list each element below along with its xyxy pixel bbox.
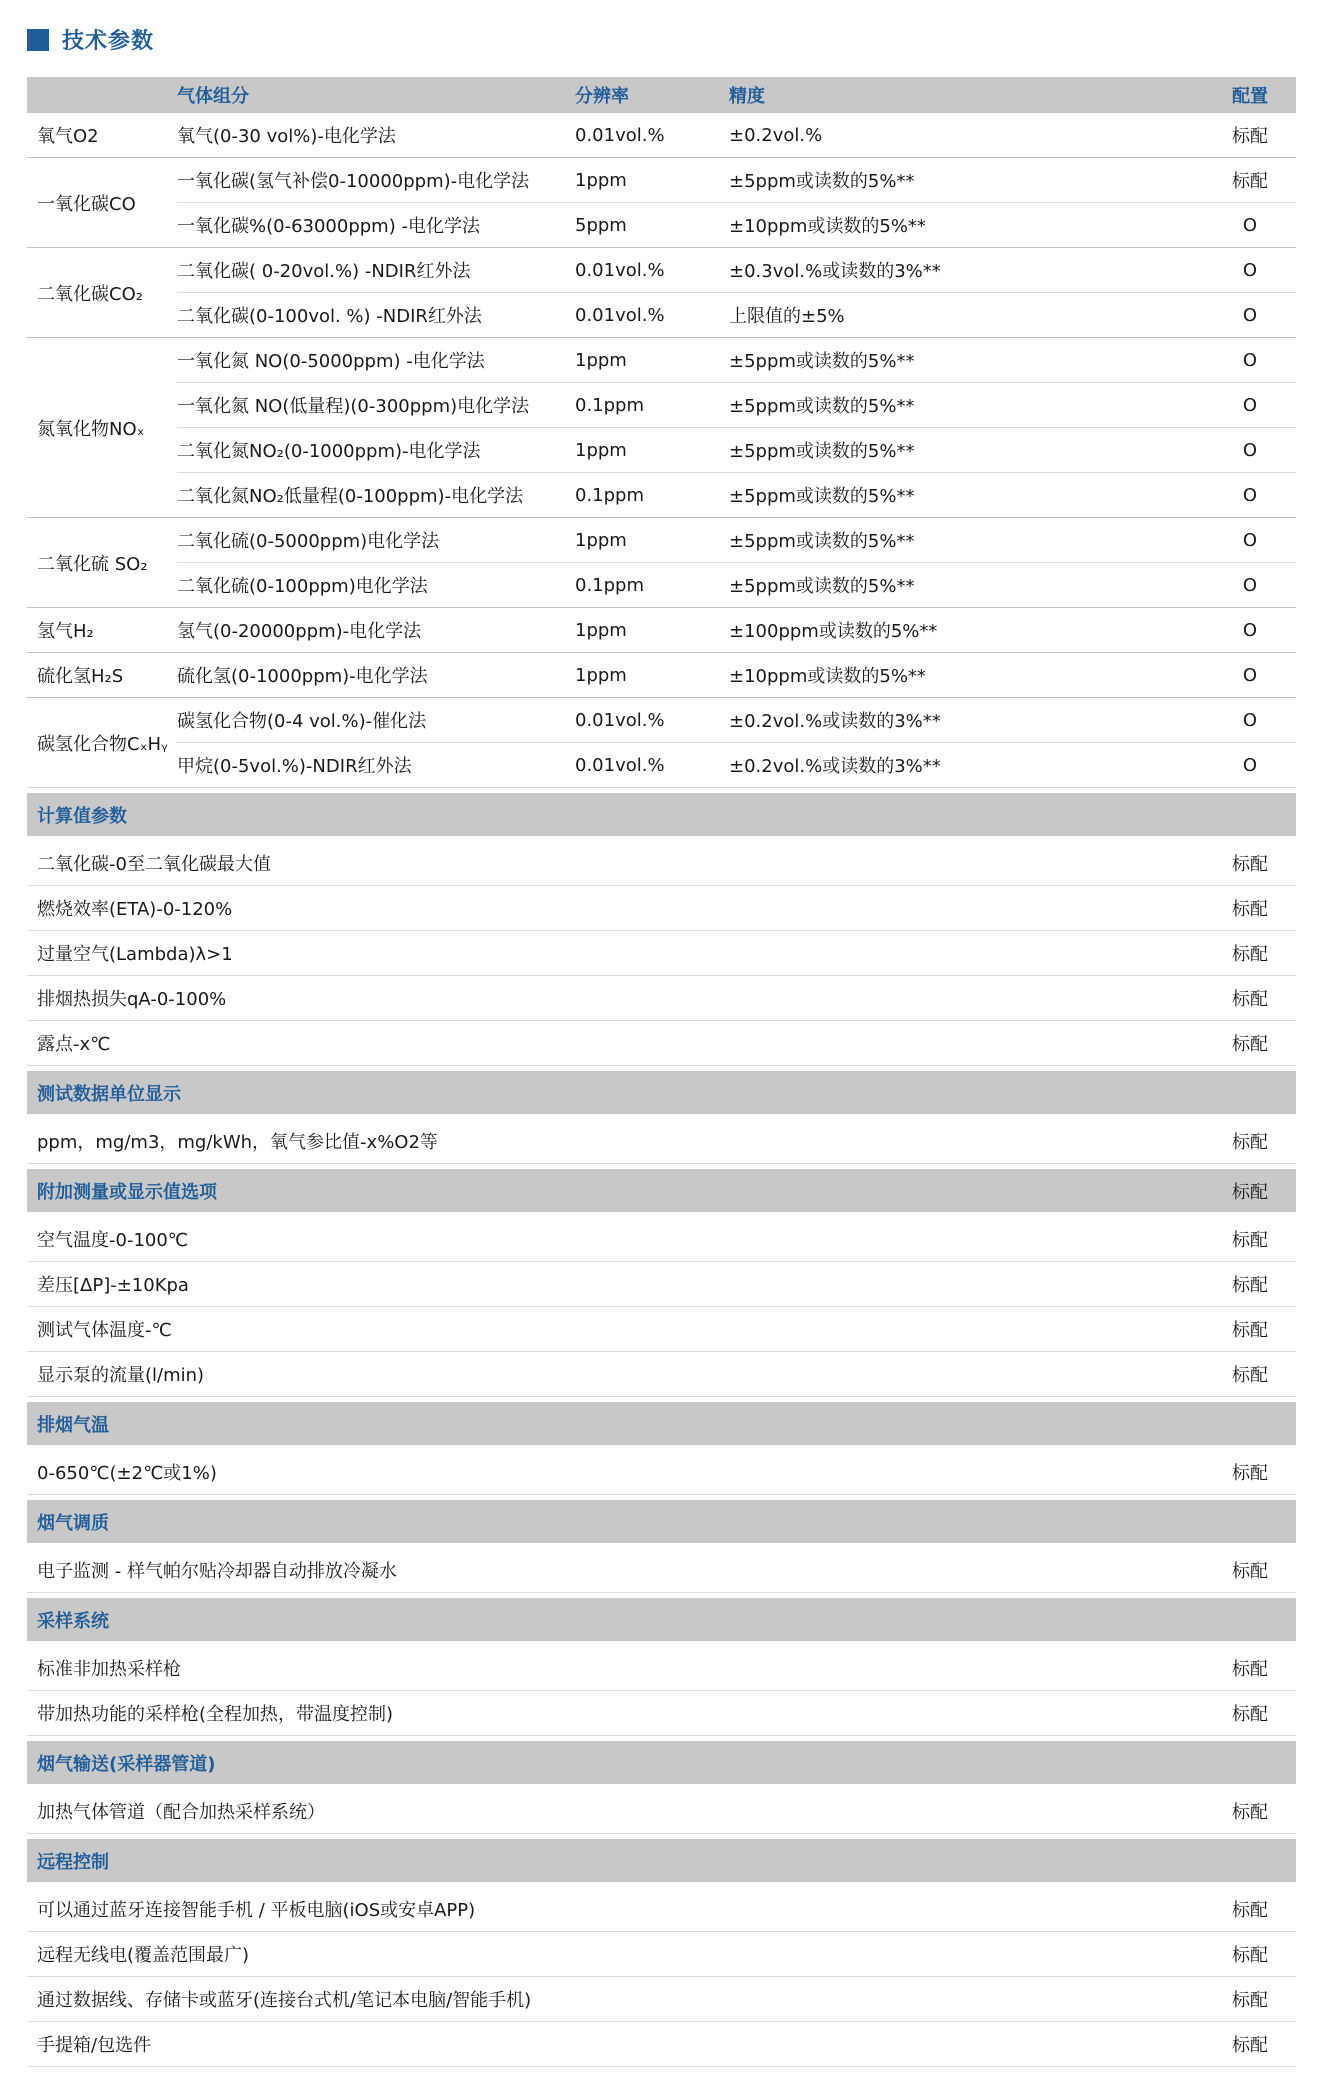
gas-group: 氧气O2氧气(0-30 vol%)-电化学法0.01vol.%±0.2vol.%… <box>27 113 1296 157</box>
gas-rows: 一氧化氮 NO(0-5000ppm) -电化学法1ppm±5ppm或读数的5%*… <box>177 338 1296 517</box>
table-row: 一氧化碳(氢气补偿0-10000ppm)-电化学法1ppm±5ppm或读数的5%… <box>177 158 1296 202</box>
gas-resolution-cell: 0.01vol.% <box>575 710 725 731</box>
row-label: 显示泵的流量(l/min) <box>27 1361 1204 1387</box>
row-label: 手提箱/包选件 <box>27 2031 1204 2057</box>
table-row: 二氧化碳( 0-20vol.%) -NDIR红外法0.01vol.%±0.3vo… <box>177 248 1296 292</box>
row-config: 标配 <box>1204 1271 1296 1297</box>
gas-group: 氮氧化物NOₓ一氧化氮 NO(0-5000ppm) -电化学法1ppm±5ppm… <box>27 337 1296 517</box>
table-row: 二氧化硫(0-5000ppm)电化学法1ppm±5ppm或读数的5%**O <box>177 518 1296 562</box>
gas-config-cell: O <box>1204 665 1296 686</box>
gas-config-cell: O <box>1204 620 1296 641</box>
gas-description-cell: 碳氢化合物(0-4 vol.%)-催化法 <box>177 707 575 733</box>
gas-config-cell: O <box>1204 710 1296 731</box>
gas-accuracy-cell: ±5ppm或读数的5%** <box>725 437 1204 463</box>
row-label: 空气温度-0-100℃ <box>27 1226 1204 1252</box>
row-config: 标配 <box>1204 1896 1296 1922</box>
list-item: 可以通过蓝牙连接智能手机 / 平板电脑(iOS或安卓APP)标配 <box>27 1887 1296 1932</box>
gas-config-cell: 标配 <box>1204 167 1296 193</box>
list-item: 带加热功能的采样枪(全程加热，带温度控制)标配 <box>27 1691 1296 1736</box>
gas-description-cell: 二氧化碳( 0-20vol.%) -NDIR红外法 <box>177 257 575 283</box>
row-config: 标配 <box>1204 1941 1296 1967</box>
row-label: 加热气体管道（配合加热采样系统） <box>27 1798 1204 1824</box>
gas-accuracy-cell: ±0.2vol.%或读数的3%** <box>725 707 1204 733</box>
gas-name: 碳氢化合物CₓHᵧ <box>27 698 177 787</box>
gas-accuracy-cell: ±10ppm或读数的5%** <box>725 212 1204 238</box>
table-row: 氢气(0-20000ppm)-电化学法1ppm±100ppm或读数的5%**O <box>177 608 1296 652</box>
gas-config-cell: O <box>1204 215 1296 236</box>
table-row: 二氧化氮NO₂(0-1000ppm)-电化学法1ppm±5ppm或读数的5%**… <box>177 427 1296 472</box>
gas-config-cell: O <box>1204 485 1296 506</box>
gas-name: 二氧化硫 SO₂ <box>27 518 177 607</box>
gas-group: 一氧化碳CO一氧化碳(氢气补偿0-10000ppm)-电化学法1ppm±5ppm… <box>27 157 1296 247</box>
gas-resolution-cell: 0.01vol.% <box>575 125 725 146</box>
row-config: 标配 <box>1204 850 1296 876</box>
row-label: 通过数据线、存储卡或蓝牙(连接台式机/笔记本电脑/智能手机) <box>27 1986 1204 2012</box>
table-row: 甲烷(0-5vol.%)-NDIR红外法0.01vol.%±0.2vol.%或读… <box>177 742 1296 787</box>
section-band: 排烟气温 <box>27 1402 1296 1445</box>
gas-name: 氢气H₂ <box>27 608 177 652</box>
gas-config-cell: O <box>1204 440 1296 461</box>
gas-config-cell: O <box>1204 530 1296 551</box>
gas-rows: 氢气(0-20000ppm)-电化学法1ppm±100ppm或读数的5%**O <box>177 608 1296 652</box>
gas-resolution-cell: 5ppm <box>575 215 725 236</box>
section-title: 远程控制 <box>27 1848 1296 1874</box>
list-item: 燃烧效率(ETA)-0-120%标配 <box>27 886 1296 931</box>
gas-description-cell: 二氧化硫(0-100ppm)电化学法 <box>177 572 575 598</box>
row-config: 标配 <box>1204 1226 1296 1252</box>
section-band: 采样系统 <box>27 1598 1296 1641</box>
list-item: 远程无线电(覆盖范围最广)标配 <box>27 1932 1296 1977</box>
gas-resolution-cell: 0.01vol.% <box>575 305 725 326</box>
row-label: ppm，mg/m3，mg/kWh，氧气参比值-x%O2等 <box>27 1128 1204 1154</box>
gas-description-cell: 二氧化氮NO₂低量程(0-100ppm)-电化学法 <box>177 482 575 508</box>
table-row: 氧气(0-30 vol%)-电化学法0.01vol.%±0.2vol.%标配 <box>177 113 1296 157</box>
list-item: 电子监测 - 样气帕尔贴冷却器自动排放冷凝水标配 <box>27 1548 1296 1593</box>
row-config: 标配 <box>1204 1700 1296 1726</box>
page-title: 技术参数 <box>62 24 154 55</box>
row-config: 标配 <box>1204 1655 1296 1681</box>
list-item: ppm，mg/m3，mg/kWh，氧气参比值-x%O2等标配 <box>27 1119 1296 1164</box>
gas-resolution-cell: 1ppm <box>575 665 725 686</box>
list-item: 测试气体温度-℃标配 <box>27 1307 1296 1352</box>
row-label: 燃烧效率(ETA)-0-120% <box>27 895 1204 921</box>
column-header-resolution: 分辨率 <box>575 82 725 108</box>
row-label: 排烟热损失qA-0-100% <box>27 985 1204 1011</box>
gas-resolution-cell: 1ppm <box>575 170 725 191</box>
gas-accuracy-cell: 上限值的±5% <box>725 302 1204 328</box>
gas-group: 碳氢化合物CₓHᵧ碳氢化合物(0-4 vol.%)-催化法0.01vol.%±0… <box>27 697 1296 787</box>
table-row: 二氧化碳(0-100vol. %) -NDIR红外法0.01vol.%上限值的±… <box>177 292 1296 337</box>
row-label: 0-650℃(±2℃或1%) <box>27 1459 1204 1485</box>
gas-accuracy-cell: ±5ppm或读数的5%** <box>725 167 1204 193</box>
gas-accuracy-cell: ±0.2vol.%或读数的3%** <box>725 752 1204 778</box>
gas-description-cell: 甲烷(0-5vol.%)-NDIR红外法 <box>177 752 575 778</box>
gas-resolution-cell: 1ppm <box>575 530 725 551</box>
gas-accuracy-cell: ±5ppm或读数的5%** <box>725 572 1204 598</box>
gas-resolution-cell: 0.1ppm <box>575 485 725 506</box>
gas-description-cell: 二氧化碳(0-100vol. %) -NDIR红外法 <box>177 302 575 328</box>
section-band: 烟气调质 <box>27 1500 1296 1543</box>
gas-resolution-cell: 0.1ppm <box>575 395 725 416</box>
gas-description-cell: 二氧化氮NO₂(0-1000ppm)-电化学法 <box>177 437 575 463</box>
row-config: 标配 <box>1204 1030 1296 1056</box>
row-config: 标配 <box>1204 940 1296 966</box>
gas-accuracy-cell: ±0.2vol.% <box>725 125 1204 146</box>
row-label: 电子监测 - 样气帕尔贴冷却器自动排放冷凝水 <box>27 1557 1204 1583</box>
row-config: 标配 <box>1204 2031 1296 2057</box>
row-config: 标配 <box>1204 1798 1296 1824</box>
section-title: 烟气输送(采样器管道) <box>27 1750 1296 1776</box>
gas-table-header: 气体组分 分辨率 精度 配置 <box>27 77 1296 113</box>
gas-rows: 氧气(0-30 vol%)-电化学法0.01vol.%±0.2vol.%标配 <box>177 113 1296 157</box>
gas-accuracy-cell: ±5ppm或读数的5%** <box>725 527 1204 553</box>
row-config: 标配 <box>1204 1361 1296 1387</box>
gas-resolution-cell: 0.1ppm <box>575 575 725 596</box>
gas-resolution-cell: 0.01vol.% <box>575 755 725 776</box>
table-row: 一氧化氮 NO(0-5000ppm) -电化学法1ppm±5ppm或读数的5%*… <box>177 338 1296 382</box>
gas-group: 二氧化碳CO₂二氧化碳( 0-20vol.%) -NDIR红外法0.01vol.… <box>27 247 1296 337</box>
section-title: 附加测量或显示值选项 <box>27 1178 1204 1204</box>
gas-description-cell: 一氧化碳%(0-63000ppm) -电化学法 <box>177 212 575 238</box>
section-band: 计算值参数 <box>27 793 1296 836</box>
section-title: 排烟气温 <box>27 1411 1296 1437</box>
row-config: 标配 <box>1204 1986 1296 2012</box>
row-label: 二氧化碳-0至二氧化碳最大值 <box>27 850 1204 876</box>
gas-accuracy-cell: ±10ppm或读数的5%** <box>725 662 1204 688</box>
gas-description-cell: 硫化氢(0-1000ppm)-电化学法 <box>177 662 575 688</box>
gas-accuracy-cell: ±5ppm或读数的5%** <box>725 392 1204 418</box>
gas-rows: 硫化氢(0-1000ppm)-电化学法1ppm±10ppm或读数的5%**O <box>177 653 1296 697</box>
gas-rows: 一氧化碳(氢气补偿0-10000ppm)-电化学法1ppm±5ppm或读数的5%… <box>177 158 1296 247</box>
list-item: 空气温度-0-100℃标配 <box>27 1217 1296 1262</box>
gas-resolution-cell: 0.01vol.% <box>575 260 725 281</box>
gas-rows: 碳氢化合物(0-4 vol.%)-催化法0.01vol.%±0.2vol.%或读… <box>177 698 1296 787</box>
row-config: 标配 <box>1204 1128 1296 1154</box>
list-item: 排烟热损失qA-0-100%标配 <box>27 976 1296 1021</box>
list-item: 手提箱/包选件标配 <box>27 2022 1296 2067</box>
gas-accuracy-cell: ±100ppm或读数的5%** <box>725 617 1204 643</box>
section-band: 附加测量或显示值选项标配 <box>27 1169 1296 1212</box>
gas-config-cell: O <box>1204 350 1296 371</box>
section-config: 标配 <box>1204 1178 1296 1204</box>
table-row: 碳氢化合物(0-4 vol.%)-催化法0.01vol.%±0.2vol.%或读… <box>177 698 1296 742</box>
gas-resolution-cell: 1ppm <box>575 440 725 461</box>
title-square-icon <box>27 29 49 51</box>
spec-sheet-page: 技术参数 气体组分 分辨率 精度 配置 氧气O2氧气(0-30 vol%)-电化… <box>0 0 1323 2091</box>
gas-name: 氧气O2 <box>27 113 177 157</box>
list-item: 显示泵的流量(l/min)标配 <box>27 1352 1296 1397</box>
row-label: 带加热功能的采样枪(全程加热，带温度控制) <box>27 1700 1204 1726</box>
gas-resolution-cell: 1ppm <box>575 620 725 641</box>
gas-group: 硫化氢H₂S硫化氢(0-1000ppm)-电化学法1ppm±10ppm或读数的5… <box>27 652 1296 697</box>
section-title: 计算值参数 <box>27 802 1296 828</box>
table-row: 一氧化碳%(0-63000ppm) -电化学法5ppm±10ppm或读数的5%*… <box>177 202 1296 247</box>
section-band: 远程控制 <box>27 1839 1296 1882</box>
row-label: 过量空气(Lambda)λ>1 <box>27 940 1204 966</box>
gas-config-cell: 标配 <box>1204 122 1296 148</box>
row-label: 露点-x℃ <box>27 1030 1204 1056</box>
column-header-accuracy: 精度 <box>725 82 1204 108</box>
row-label: 测试气体温度-℃ <box>27 1316 1204 1342</box>
row-label: 差压[ΔP]-±10Kpa <box>27 1271 1204 1297</box>
page-title-row: 技术参数 <box>27 24 1296 55</box>
list-item: 差压[ΔP]-±10Kpa标配 <box>27 1262 1296 1307</box>
list-item: 加热气体管道（配合加热采样系统）标配 <box>27 1789 1296 1834</box>
table-row: 二氧化氮NO₂低量程(0-100ppm)-电化学法0.1ppm±5ppm或读数的… <box>177 472 1296 517</box>
list-item: 0-650℃(±2℃或1%)标配 <box>27 1450 1296 1495</box>
gas-name: 一氧化碳CO <box>27 158 177 247</box>
gas-accuracy-cell: ±0.3vol.%或读数的3%** <box>725 257 1204 283</box>
row-label: 可以通过蓝牙连接智能手机 / 平板电脑(iOS或安卓APP) <box>27 1896 1204 1922</box>
row-config: 标配 <box>1204 1557 1296 1583</box>
gas-config-cell: O <box>1204 305 1296 326</box>
gas-config-cell: O <box>1204 260 1296 281</box>
column-header-config: 配置 <box>1204 82 1296 108</box>
gas-rows: 二氧化碳( 0-20vol.%) -NDIR红外法0.01vol.%±0.3vo… <box>177 248 1296 337</box>
section-title: 采样系统 <box>27 1607 1296 1633</box>
gas-groups: 氧气O2氧气(0-30 vol%)-电化学法0.01vol.%±0.2vol.%… <box>27 113 1296 788</box>
gas-config-cell: O <box>1204 575 1296 596</box>
table-row: 硫化氢(0-1000ppm)-电化学法1ppm±10ppm或读数的5%**O <box>177 653 1296 697</box>
gas-name: 二氧化碳CO₂ <box>27 248 177 337</box>
list-item: 过量空气(Lambda)λ>1标配 <box>27 931 1296 976</box>
gas-description-cell: 一氧化碳(氢气补偿0-10000ppm)-电化学法 <box>177 167 575 193</box>
list-item: 二氧化碳-0至二氧化碳最大值标配 <box>27 841 1296 886</box>
list-item: 露点-x℃标配 <box>27 1021 1296 1066</box>
row-config: 标配 <box>1204 895 1296 921</box>
sections: 计算值参数二氧化碳-0至二氧化碳最大值标配燃烧效率(ETA)-0-120%标配过… <box>27 793 1296 2067</box>
row-label: 标准非加热采样枪 <box>27 1655 1204 1681</box>
gas-description-cell: 氢气(0-20000ppm)-电化学法 <box>177 617 575 643</box>
gas-description-cell: 二氧化硫(0-5000ppm)电化学法 <box>177 527 575 553</box>
gas-name: 氮氧化物NOₓ <box>27 338 177 517</box>
gas-config-cell: O <box>1204 755 1296 776</box>
section-title: 烟气调质 <box>27 1509 1296 1535</box>
row-config: 标配 <box>1204 1459 1296 1485</box>
row-config: 标配 <box>1204 1316 1296 1342</box>
table-row: 二氧化硫(0-100ppm)电化学法0.1ppm±5ppm或读数的5%**O <box>177 562 1296 607</box>
gas-description-cell: 氧气(0-30 vol%)-电化学法 <box>177 122 575 148</box>
gas-accuracy-cell: ±5ppm或读数的5%** <box>725 482 1204 508</box>
row-config: 标配 <box>1204 985 1296 1011</box>
gas-group: 氢气H₂氢气(0-20000ppm)-电化学法1ppm±100ppm或读数的5%… <box>27 607 1296 652</box>
table-row: 一氧化氮 NO(低量程)(0-300ppm)电化学法0.1ppm±5ppm或读数… <box>177 382 1296 427</box>
gas-config-cell: O <box>1204 395 1296 416</box>
gas-description-cell: 一氧化氮 NO(低量程)(0-300ppm)电化学法 <box>177 392 575 418</box>
gas-description-cell: 一氧化氮 NO(0-5000ppm) -电化学法 <box>177 347 575 373</box>
section-band: 烟气输送(采样器管道) <box>27 1741 1296 1784</box>
gas-accuracy-cell: ±5ppm或读数的5%** <box>725 347 1204 373</box>
section-band: 测试数据单位显示 <box>27 1071 1296 1114</box>
list-item: 通过数据线、存储卡或蓝牙(连接台式机/笔记本电脑/智能手机)标配 <box>27 1977 1296 2022</box>
gas-resolution-cell: 1ppm <box>575 350 725 371</box>
gas-rows: 二氧化硫(0-5000ppm)电化学法1ppm±5ppm或读数的5%**O二氧化… <box>177 518 1296 607</box>
row-label: 远程无线电(覆盖范围最广) <box>27 1941 1204 1967</box>
column-header-component: 气体组分 <box>177 82 575 108</box>
gas-name: 硫化氢H₂S <box>27 653 177 697</box>
section-title: 测试数据单位显示 <box>27 1080 1296 1106</box>
list-item: 标准非加热采样枪标配 <box>27 1646 1296 1691</box>
gas-group: 二氧化硫 SO₂二氧化硫(0-5000ppm)电化学法1ppm±5ppm或读数的… <box>27 517 1296 607</box>
